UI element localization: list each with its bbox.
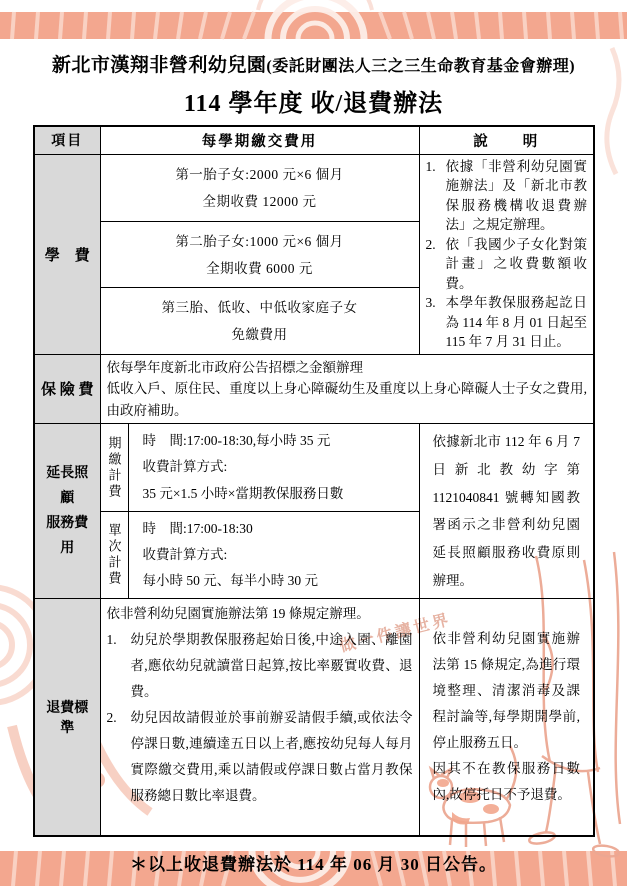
refund-rule-2: 2. 幼兒因故請假並於事前辦妥請假手續,或依法令停課日數,連續達五日以上者,應按… <box>107 705 413 809</box>
tuition-third-child-line1: 第三胎、低收、中低收家庭子女 <box>107 294 413 321</box>
refund-note-para2: 因其不在教保服務日數內,故停托日不予退費。 <box>433 756 581 808</box>
extended-periodic-sublabel: 期繳計費 <box>108 436 121 500</box>
note-number: 2. <box>426 235 446 294</box>
school-name: 新北市漢翔非營利幼兒園 <box>52 55 267 76</box>
extended-care-label: 延長照顧 服務費用 <box>34 424 100 599</box>
extended-care-note-cell: 依據新北市 112 年 6 月 7 日新北教幼字第 1121040841 號轉知… <box>419 424 594 599</box>
tuition-notes-cell: 1. 依據「非營利幼兒園實施辦法」及「新北市教保服務機構收退費辦法」之規定辦理。… <box>419 154 594 354</box>
extended-periodic-formula: 35 元×1.5 小時×當期教保服務日數 <box>143 481 413 507</box>
tuition-first-child-cell: 第一胎子女:2000 元×6 個月 全期收費 12000 元 <box>100 154 419 221</box>
tuition-first-child-line1: 第一胎子女:2000 元×6 個月 <box>107 161 413 188</box>
note-text: 依「我國少子女化對策計畫」之收費數額收費。 <box>446 235 588 294</box>
extended-single-sublabel-cell: 單次計費 <box>100 511 128 599</box>
extended-periodic-sublabel-cell: 期繳計費 <box>100 424 128 512</box>
tuition-second-child-cell: 第二胎子女:1000 元×6 個月 全期收費 6000 元 <box>100 221 419 287</box>
header-note: 說 明 <box>419 126 594 154</box>
refund-intro: 依非營利幼兒園實施辦法第 19 條規定辦理。 <box>107 601 413 627</box>
insurance-text-cell: 依每學年度新北市政府公告招標之金額辦理 低收入戶、原住民、重度以上身心障礙幼生及… <box>100 354 594 424</box>
rule-number: 1. <box>107 627 131 705</box>
insurance-row: 保 險 費 依每學年度新北市政府公告招標之金額辦理 低收入戶、原住民、重度以上身… <box>34 354 594 424</box>
extended-single-time: 時 間:17:00-18:30 <box>143 516 413 542</box>
tuition-second-child-line1: 第二胎子女:1000 元×6 個月 <box>107 228 413 255</box>
tuition-third-child-cell: 第三胎、低收、中低收家庭子女 免繳費用 <box>100 288 419 354</box>
fee-schedule-table: 項目 每學期繳交費用 說 明 學 費 第一胎子女:2000 元×6 個月 全期收… <box>33 125 595 837</box>
tuition-note-1: 1. 依據「非營利幼兒園實施辦法」及「新北市教保服務機構收退費辦法」之規定辦理。 <box>426 157 588 235</box>
rule-text: 幼兒因故請假並於事前辦妥請假手續,或依法令停課日數,連續達五日以上者,應按幼兒每… <box>131 705 413 809</box>
tuition-note-2: 2. 依「我國少子女化對策計畫」之收費數額收費。 <box>426 235 588 294</box>
refund-label: 退費標準 <box>34 599 100 836</box>
rule-number: 2. <box>107 705 131 809</box>
refund-rule-1: 1. 幼兒於學期教保服務起始日後,中途入園、離園者,應依幼兒就讀當日起算,按比率… <box>107 627 413 705</box>
page-subtitle: 114 學年度 收/退費辦法 <box>0 83 627 118</box>
document-header: 新北市漢翔非營利幼兒園(委託財團法人三之三生命教育基金會辦理) 114 學年度 … <box>0 0 627 118</box>
page-title: 新北市漢翔非營利幼兒園(委託財團法人三之三生命教育基金會辦理) <box>0 50 627 77</box>
header-item: 項目 <box>34 126 100 154</box>
extended-periodic-detail-cell: 時 間:17:00-18:30,每小時 35 元 收費計算方式: 35 元×1.… <box>128 424 419 512</box>
tuition-label: 學 費 <box>34 154 100 354</box>
extended-single-rate: 每小時 50 元、每半小時 30 元 <box>143 568 413 594</box>
note-text: 本學年教保服務起訖日為 114 年 8 月 01 日起至 115 年 7 月 3… <box>446 293 588 352</box>
header-fee: 每學期繳交費用 <box>100 126 419 154</box>
extended-single-detail-cell: 時 間:17:00-18:30 收費計算方式: 每小時 50 元、每半小時 30… <box>128 511 419 599</box>
extended-care-periodic-row: 延長照顧 服務費用 期繳計費 時 間:17:00-18:30,每小時 35 元 … <box>34 424 594 512</box>
refund-row: 退費標準 依非營利幼兒園實施辦法第 19 條規定辦理。 1. 幼兒於學期教保服務… <box>34 599 594 836</box>
extended-periodic-time: 時 間:17:00-18:30,每小時 35 元 <box>143 428 413 454</box>
note-number: 1. <box>426 157 446 235</box>
rule-text: 幼兒於學期教保服務起始日後,中途入園、離園者,應依幼兒就讀當日起算,按比率覈實收… <box>131 627 413 705</box>
extended-single-method: 收費計算方式: <box>143 542 413 568</box>
refund-note-para1: 依非營利幼兒園實施辦法第 15 條規定,為進行環境整理、清潔消毒及課程討論等,每… <box>433 626 581 756</box>
tuition-row-1: 學 費 第一胎子女:2000 元×6 個月 全期收費 12000 元 1. 依據… <box>34 154 594 221</box>
extended-periodic-method: 收費計算方式: <box>143 454 413 480</box>
refund-note-cell: 依非營利幼兒園實施辦法第 15 條規定,為進行環境整理、清潔消毒及課程討論等,每… <box>419 599 594 836</box>
extended-care-note: 依據新北市 112 年 6 月 7 日新北教幼字第 1121040841 號轉知… <box>426 426 588 596</box>
tuition-first-child-line2: 全期收費 12000 元 <box>107 188 413 215</box>
tuition-second-child-line2: 全期收費 6000 元 <box>107 255 413 282</box>
note-number: 3. <box>426 293 446 352</box>
document-page: 做一件讓世界 新北市漢翔非營利幼兒園(委託財團法人三之三生命教育基金會辦理) 1… <box>0 0 627 886</box>
school-trustee: (委託財團法人三之三生命教育基金會辦理) <box>266 58 575 75</box>
tuition-note-3: 3. 本學年教保服務起訖日為 114 年 8 月 01 日起至 115 年 7 … <box>426 293 588 352</box>
announcement-note: ＊以上收退費辦法於 114 年 06 月 30 日公告。 <box>0 850 627 875</box>
insurance-line1: 依每學年度新北市政府公告招標之金額辦理 <box>107 357 588 379</box>
refund-rules-cell: 依非營利幼兒園實施辦法第 19 條規定辦理。 1. 幼兒於學期教保服務起始日後,… <box>100 599 419 836</box>
table-header-row: 項目 每學期繳交費用 說 明 <box>34 126 594 154</box>
insurance-line2: 低收入戶、原住民、重度以上身心障礙幼生及重度以上身心障礙人士子女之費用,由政府補… <box>107 378 588 421</box>
extended-single-sublabel: 單次計費 <box>108 523 121 587</box>
note-text: 依據「非營利幼兒園實施辦法」及「新北市教保服務機構收退費辦法」之規定辦理。 <box>446 157 588 235</box>
insurance-label: 保 險 費 <box>34 354 100 424</box>
tuition-third-child-line2: 免繳費用 <box>107 321 413 348</box>
